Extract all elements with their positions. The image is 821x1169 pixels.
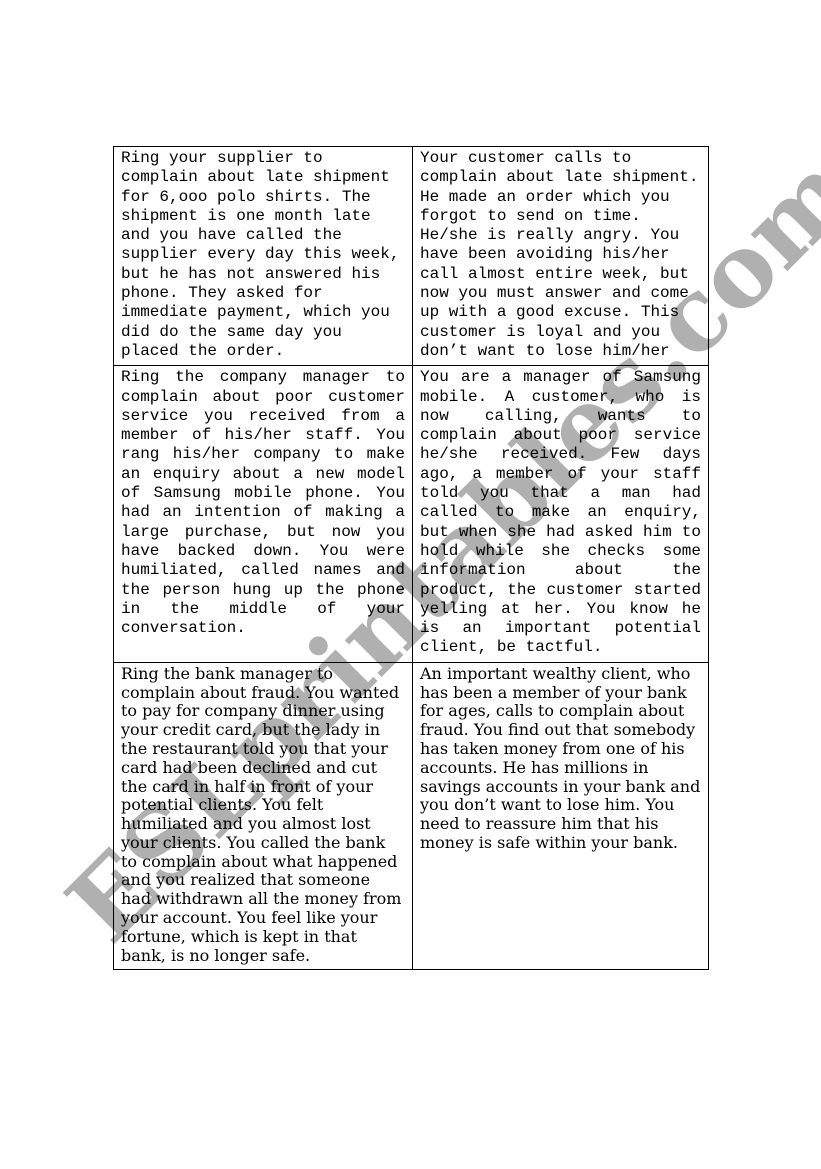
scenario-cell-supplier-complaint: Ring your supplier to complain about lat… [114,147,413,366]
scenario-cell-samsung-manager: You are a manager of Samsung mobile. A c… [413,366,709,662]
table-row-bank-fraud: Ring the bank manager to complain about … [114,662,709,970]
document-page: ESLprintables.com Ring your supplier to … [0,0,821,1169]
scenario-cell-bank-complaint: Ring the bank manager to complain about … [114,662,413,970]
scenario-cell-company-manager-complaint: Ring the company manager to complain abo… [114,366,413,662]
scenario-cell-bank-manager: An important wealthy client, who has bee… [413,662,709,970]
scenario-cell-customer-call: Your customer calls to complain about la… [413,147,709,366]
table-row-late-shipment: Ring your supplier to complain about lat… [114,147,709,366]
table-row-poor-service: Ring the company manager to complain abo… [114,366,709,662]
roleplay-scenarios-table: Ring your supplier to complain about lat… [113,146,709,970]
